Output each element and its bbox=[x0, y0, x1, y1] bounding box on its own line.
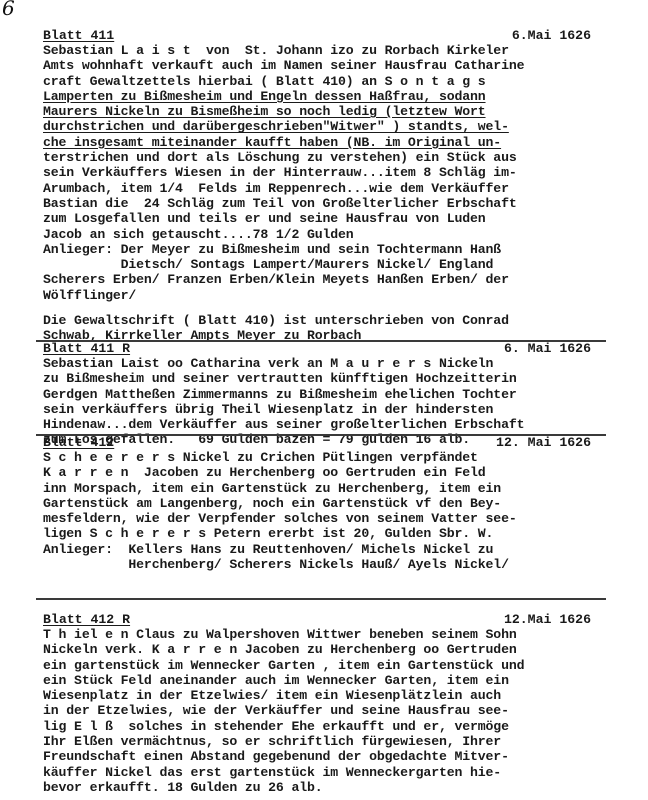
entry-blatt-412: Blatt 412 12. Mai 1626 S c h e e r e r s… bbox=[43, 435, 643, 572]
blatt-label: Blatt 411 R bbox=[43, 341, 130, 356]
entry-date: 6.Mai 1626 bbox=[512, 28, 591, 43]
blatt-label: Blatt 411 bbox=[43, 28, 114, 43]
text-line: che insgesamt miteinander kaufft haben (… bbox=[43, 135, 643, 150]
text-line: Scherers Erben/ Franzen Erben/Klein Meye… bbox=[43, 272, 643, 287]
entry-blatt-411-r: Blatt 411 R 6. Mai 1626 Sebastian Laist … bbox=[43, 341, 643, 448]
text-line: inn Morspach, item ein Gartenstück zu He… bbox=[43, 481, 643, 496]
text-line: mesfeldern, wie der Verpfender solches v… bbox=[43, 511, 643, 526]
separator-rule bbox=[36, 598, 606, 600]
text-line: Sebastian L a i s t von St. Johann izo z… bbox=[43, 43, 643, 58]
entry-date: 12.Mai 1626 bbox=[504, 612, 591, 627]
text-line: Gerdgen Mattheßen Zimmermanns zu Bißmesh… bbox=[43, 387, 643, 402]
text-line: Wölfflinger/ bbox=[43, 288, 643, 303]
text-line: zu Bißmesheim und seiner vertrautten kün… bbox=[43, 371, 643, 386]
text-line: Arumbach, item 1/4 Felds im Reppenrech..… bbox=[43, 181, 643, 196]
text-line: Hindenaw...dem Verkäuffer aus seiner gro… bbox=[43, 417, 643, 432]
text-line: S c h e e r e r s Nickel zu Crichen Pütl… bbox=[43, 450, 643, 465]
entry-body: T h iel e n Claus zu Walpershoven Wittwe… bbox=[43, 627, 643, 795]
text-line: käuffer Nickel das erst gartenstück im W… bbox=[43, 765, 643, 780]
blatt-label: Blatt 412 R bbox=[43, 612, 130, 627]
text-line: Dietsch/ Sontags Lampert/Maurers Nickel/… bbox=[43, 257, 643, 272]
text-line: K a r r e n Jacoben zu Herchenberg oo Ge… bbox=[43, 465, 643, 480]
text-line: sein verkäuffers übrig Theil Wiesenplatz… bbox=[43, 402, 643, 417]
text-line: sein Verkäuffers Wiesen in der Hinterrau… bbox=[43, 165, 643, 180]
entry-body: Sebastian L a i s t von St. Johann izo z… bbox=[43, 43, 643, 344]
text-line: Nickeln verk. K a r r e n Jacoben zu Her… bbox=[43, 642, 643, 657]
text-line: craft Gewaltzettels hierbai ( Blatt 410)… bbox=[43, 74, 643, 89]
text-line: Anlieger: Kellers Hans zu Reuttenhoven/ … bbox=[43, 542, 643, 557]
text-line bbox=[43, 303, 643, 313]
entry-date: 6. Mai 1626 bbox=[504, 341, 591, 356]
text-line: in der Etzelwies, wie der Verkäuffer und… bbox=[43, 703, 643, 718]
text-line: Herchenberg/ Scherers Nickels Hauß/ Ayel… bbox=[43, 557, 643, 572]
blatt-label: Blatt 412 bbox=[43, 435, 114, 450]
text-line: Freundschaft einen Abstand gegebenund de… bbox=[43, 749, 643, 764]
text-line: terstrichen und dort als Löschung zu ver… bbox=[43, 150, 643, 165]
text-line: Die Gewaltschrift ( Blatt 410) ist unter… bbox=[43, 313, 643, 328]
text-line: durchstrichen und darübergeschrieben"Wit… bbox=[43, 119, 643, 134]
entry-header: Blatt 411 6.Mai 1626 bbox=[43, 28, 643, 43]
text-line: ein Stück Feld aneinander auch im Wennec… bbox=[43, 673, 643, 688]
text-line: lig E l ß solches in stehender Ehe erkau… bbox=[43, 719, 643, 734]
text-line: Jacob an sich getauscht....78 1/2 Gulden bbox=[43, 227, 643, 242]
page-number: 6 bbox=[2, 0, 15, 20]
entry-header: Blatt 412 12. Mai 1626 bbox=[43, 435, 643, 450]
text-line: Anlieger: Der Meyer zu Bißmesheim und se… bbox=[43, 242, 643, 257]
entry-header: Blatt 411 R 6. Mai 1626 bbox=[43, 341, 643, 356]
text-line: Wiesenplatz in der Etzelwies/ item ein W… bbox=[43, 688, 643, 703]
entry-body: S c h e e r e r s Nickel zu Crichen Pütl… bbox=[43, 450, 643, 572]
text-line: Sebastian Laist oo Catharina verk an M a… bbox=[43, 356, 643, 371]
text-line: Amts wohnhaft verkauft auch im Namen sei… bbox=[43, 58, 643, 73]
text-line: Gartenstück am Langenberg, noch ein Gart… bbox=[43, 496, 643, 511]
text-line: Ihr Elßen vermächtnus, so er schriftlich… bbox=[43, 734, 643, 749]
text-line: Bastian die 24 Schläg zum Teil von Große… bbox=[43, 196, 643, 211]
text-line: Lamperten zu Bißmesheim und Engeln desse… bbox=[43, 89, 643, 104]
entry-header: Blatt 412 R 12.Mai 1626 bbox=[43, 612, 643, 627]
entry-blatt-411: Blatt 411 6.Mai 1626 Sebastian L a i s t… bbox=[43, 28, 643, 344]
text-line: bevor erkaufft. 18 Gulden zu 26 alb. bbox=[43, 780, 643, 795]
entry-blatt-412-r: Blatt 412 R 12.Mai 1626 T h iel e n Clau… bbox=[43, 612, 643, 795]
text-line: ein gartenstück im Wennecker Garten , it… bbox=[43, 658, 643, 673]
entry-date: 12. Mai 1626 bbox=[496, 435, 591, 450]
text-line: zum Losgefallen und teils er und seine H… bbox=[43, 211, 643, 226]
text-line: Maurers Nickeln zu Bismeßheim so noch le… bbox=[43, 104, 643, 119]
text-line: ligen S c h e r e r s Petern ererbt ist … bbox=[43, 526, 643, 541]
text-line: T h iel e n Claus zu Walpershoven Wittwe… bbox=[43, 627, 643, 642]
